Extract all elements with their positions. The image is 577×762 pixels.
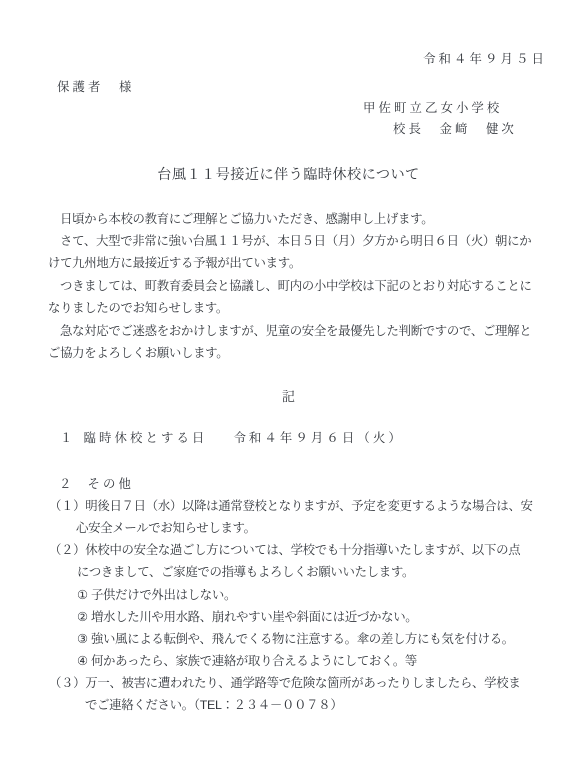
sender-principal-line: 校長 金﨑 健次 bbox=[393, 122, 517, 136]
date-line: 令和４年９月５日 bbox=[423, 52, 547, 66]
sub-item-line: 心安全メールでお知らせします。 bbox=[76, 521, 256, 535]
item-1-number: １ bbox=[60, 431, 76, 445]
sub-item-line: につきまして、ご家庭での指導もよろしくお願いいたします。 bbox=[77, 565, 414, 579]
item-1-label: 臨時休校とする日 bbox=[84, 431, 208, 445]
ki-marker: 記 bbox=[0, 386, 577, 405]
sub-item-line: （２）休校中の安全な過ごし方については、学校でも十分指導いたしますが、以下の点 bbox=[49, 543, 520, 557]
numbered-note-line: ① 子供だけで外出はしない。 bbox=[77, 588, 236, 602]
numbered-note-line: ④ 何かあったら、家族で連絡が取り合えるようにしておく。等 bbox=[77, 654, 417, 668]
numbered-note-line: ③ 強い風による転倒や、飛んでくる物に注意する。傘の差し方にも気を付ける。 bbox=[77, 632, 514, 646]
document-page: 令和４年９月５日 保護者 様 甲佐町立乙女小学校 校長 金﨑 健次 台風１１号接… bbox=[0, 0, 577, 762]
body-paragraph-line: つきましては、町教育委員会と協議し、町内の小中学校は下記のとおり対応することに bbox=[60, 279, 532, 293]
sub-item-line: （３）万一、被害に遭われたり、通学路等で危険な箇所があったりしましたら、学校ま bbox=[49, 676, 520, 690]
numbered-note-line: ② 増水した川や用水路、崩れやすい崖や斜面には近づかない。 bbox=[77, 610, 417, 624]
document-title: 台風１１号接近に伴う臨時休校について bbox=[0, 164, 577, 184]
body-paragraph-line: けて九州地方に最接近する予報が出ています。 bbox=[48, 256, 301, 270]
body-paragraph-line: 急な対応でご迷惑をおかけしますが、児童の安全を最優先した判断ですので、ご理解と bbox=[60, 324, 531, 338]
item-2-number: ２ bbox=[59, 477, 75, 491]
sender-school-line: 甲佐町立乙女小学校 bbox=[363, 101, 502, 115]
body-paragraph-line: ご協力をよろしくお願いします。 bbox=[48, 346, 228, 360]
item-2-row: ２その他 bbox=[59, 477, 134, 491]
item-2-label: その他 bbox=[88, 477, 134, 491]
sub-item-line: （１）明後日７日（水）以降は通常登校となりますが、予定を変更するような場合は、安 bbox=[49, 499, 533, 513]
body-paragraph-line: さて、大型で非常に強い台風１１号が、本日５日（月）夕方から明日６日（火）朝にか bbox=[60, 234, 531, 248]
recipient-line: 保護者 様 bbox=[57, 80, 134, 94]
sub-item-line: でご連絡ください。（TEL：２３４－００７８） bbox=[85, 698, 342, 712]
item-1-value: 令和４年９月６日（火） bbox=[233, 431, 403, 445]
body-paragraph-line: なりましたのでお知らせします。 bbox=[48, 301, 228, 315]
body-paragraph-line: 日頃から本校の教育にご理解とご協力いただき、感謝申し上げます。 bbox=[60, 212, 433, 226]
item-1-row: １臨時休校とする日令和４年９月６日（火） bbox=[60, 431, 404, 445]
